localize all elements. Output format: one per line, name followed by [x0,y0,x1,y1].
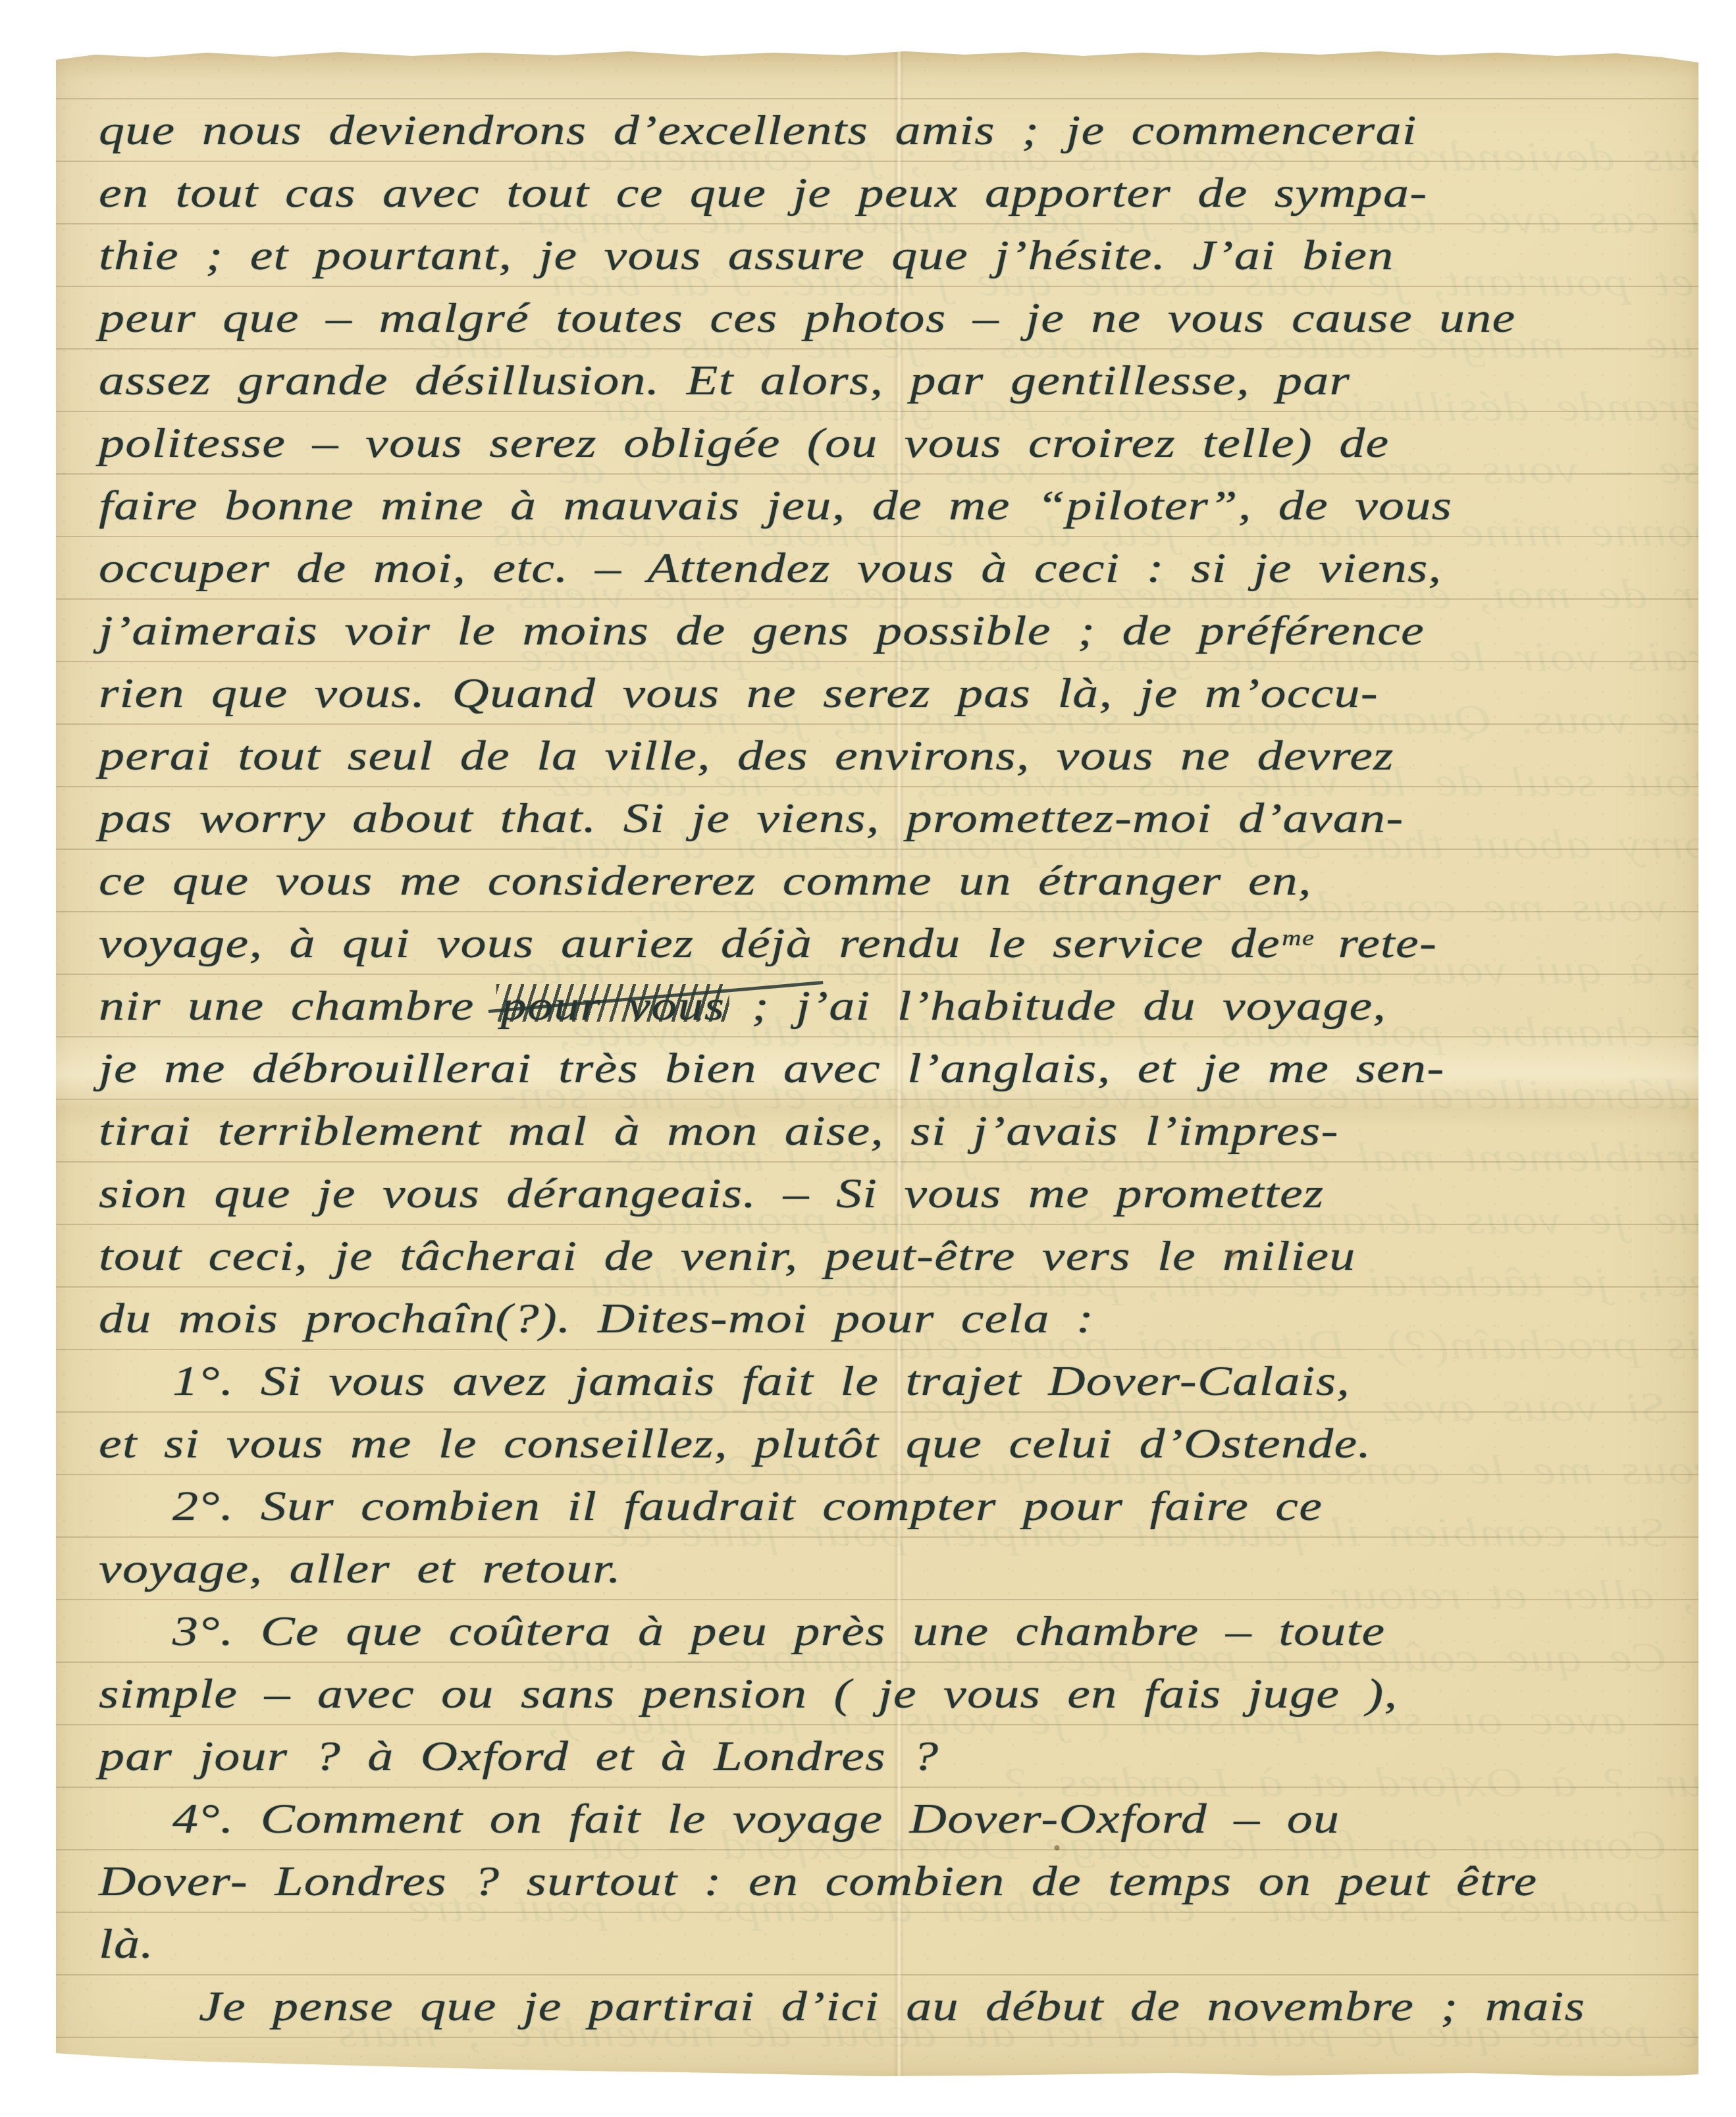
letter-text: que nous deviendrons d’excellents amis ;… [99,107,1417,153]
letter-line: je me débrouillerai très bien avec l’ang… [99,1037,1698,1099]
letter-line: voyage, à qui vous auriez déjà rendu le … [99,912,1698,974]
letter-line: 4°. Comment on fait le voyage Dover-Oxfo… [172,1787,1698,1850]
letter-text: ce que vous me considererez comme un étr… [99,857,1312,904]
letter-line: faire bonne mine à mauvais jeu, de me “p… [99,474,1698,536]
letter-text: assez grande désillusion. Et alors, par … [99,357,1350,404]
letter-line: tirai terriblement mal à mon aise, si j’… [99,1099,1698,1162]
letter-text: peur que – malgré toutes ces photos – je… [99,294,1515,341]
letter-line: ce que vous me considererez comme un étr… [99,849,1698,912]
letter-text: faire bonne mine à mauvais jeu, de me “p… [99,482,1452,529]
letter-text: 1°. Si vous avez jamais fait le trajet D… [172,1357,1350,1404]
letter-text: perai tout seul de la ville, des environ… [99,732,1394,779]
letter-line: par jour ? à Oxford et à Londres ? [99,1725,1698,1787]
letter-text: simple – avec ou sans pension ( je vous … [99,1670,1398,1717]
letter-text: thie ; et pourtant, je vous assure que j… [99,232,1394,278]
letter-line: perai tout seul de la ville, des environ… [99,724,1698,787]
letter-line: politesse – vous serez obligée (ou vous … [99,411,1698,474]
letter-text: rete- [1311,920,1437,966]
letter-text: Dover- Londres ? surtout : en combien de… [99,1858,1537,1904]
letter-text: 3°. Ce que coûtera à peu près une chambr… [172,1607,1385,1654]
letter-line: en tout cas avec tout ce que je peux app… [99,161,1698,224]
letter-line: 3°. Ce que coûtera à peu près une chambr… [172,1600,1698,1662]
letter-line: et si vous me le conseillez, plutôt que … [99,1412,1698,1475]
letter-line: 1°. Si vous avez jamais fait le trajet D… [172,1349,1698,1412]
letter-lines: que nous deviendrons d’excellents amis ;… [99,99,1672,2037]
letter-text: par jour ? à Oxford et à Londres ? [99,1733,939,1779]
letter-page: que nous deviendrons d’excellents amis ;… [56,49,1698,2077]
letter-text: pas worry about that. Si je viens, prome… [99,795,1404,841]
letter-text: politesse – vous serez obligée (ou vous … [99,419,1389,466]
letter-line: voyage, aller et retour. [99,1537,1698,1600]
strikethrough-text: pour vous [501,974,725,1037]
letter-text: voyage, aller et retour. [99,1545,621,1592]
letter-line: pas worry about that. Si je viens, prome… [99,787,1698,849]
letter-text: du mois prochaîn(?). Dites-moi pour cela… [99,1295,1094,1342]
letter-line: assez grande désillusion. Et alors, par … [99,349,1698,411]
letter-text: voyage, à qui vous auriez déjà rendu le … [99,920,1280,966]
letter-line: tout ceci, je tâcherai de venir, peut-êt… [99,1224,1698,1287]
letter-text: occuper de moi, etc. – Attendez vous à c… [99,544,1442,591]
letter-line: sion que je vous dérangeais. – Si vous m… [99,1162,1698,1224]
letter-text: nir une chambre [99,982,501,1029]
letter-text: rien que vous. Quand vous ne serez pas l… [99,669,1379,716]
letter-text: tout ceci, je tâcherai de venir, peut-êt… [99,1232,1356,1279]
letter-text: sion que je vous dérangeais. – Si vous m… [99,1170,1324,1216]
letter-line: simple – avec ou sans pension ( je vous … [99,1662,1698,1725]
letter-text: Je pense que je partirai d’ici au début … [199,1983,1585,2029]
letter-line: nir une chambre pour vous ; j’ai l’habit… [99,974,1698,1037]
letter-text: en tout cas avec tout ce que je peux app… [99,169,1428,216]
letter-line: du mois prochaîn(?). Dites-moi pour cela… [99,1287,1698,1349]
letter-text: 2°. Sur combien il faudrait compter pour… [172,1482,1323,1529]
letter-text: et si vous me le conseillez, plutôt que … [99,1420,1371,1467]
letter-line: rien que vous. Quand vous ne serez pas l… [99,662,1698,724]
letter-line: peur que – malgré toutes ces photos – je… [99,286,1698,349]
letter-text: là. [99,1920,154,1967]
letter-line: thie ; et pourtant, je vous assure que j… [99,224,1698,286]
letter-line: Je pense que je partirai d’ici au début … [199,1975,1698,2037]
letter-line: là. [99,1912,1698,1975]
letter-text: 4°. Comment on fait le voyage Dover-Oxfo… [172,1795,1340,1842]
letter-line: que nous deviendrons d’excellents amis ;… [99,99,1698,161]
letter-text: tirai terriblement mal à mon aise, si j’… [99,1107,1339,1154]
letter-line: Dover- Londres ? surtout : en combien de… [99,1850,1698,1912]
letter-line: j’aimerais voir le moins de gens possibl… [99,599,1698,662]
letter-text: j’aimerais voir le moins de gens possibl… [99,607,1425,654]
letter-text: je me débrouillerai très bien avec l’ang… [99,1045,1444,1091]
letter-line: occuper de moi, etc. – Attendez vous à c… [99,536,1698,599]
letter-line: 2°. Sur combien il faudrait compter pour… [172,1475,1698,1537]
letter-text: ; j’ai l’habitude du voyage, [725,982,1386,1029]
